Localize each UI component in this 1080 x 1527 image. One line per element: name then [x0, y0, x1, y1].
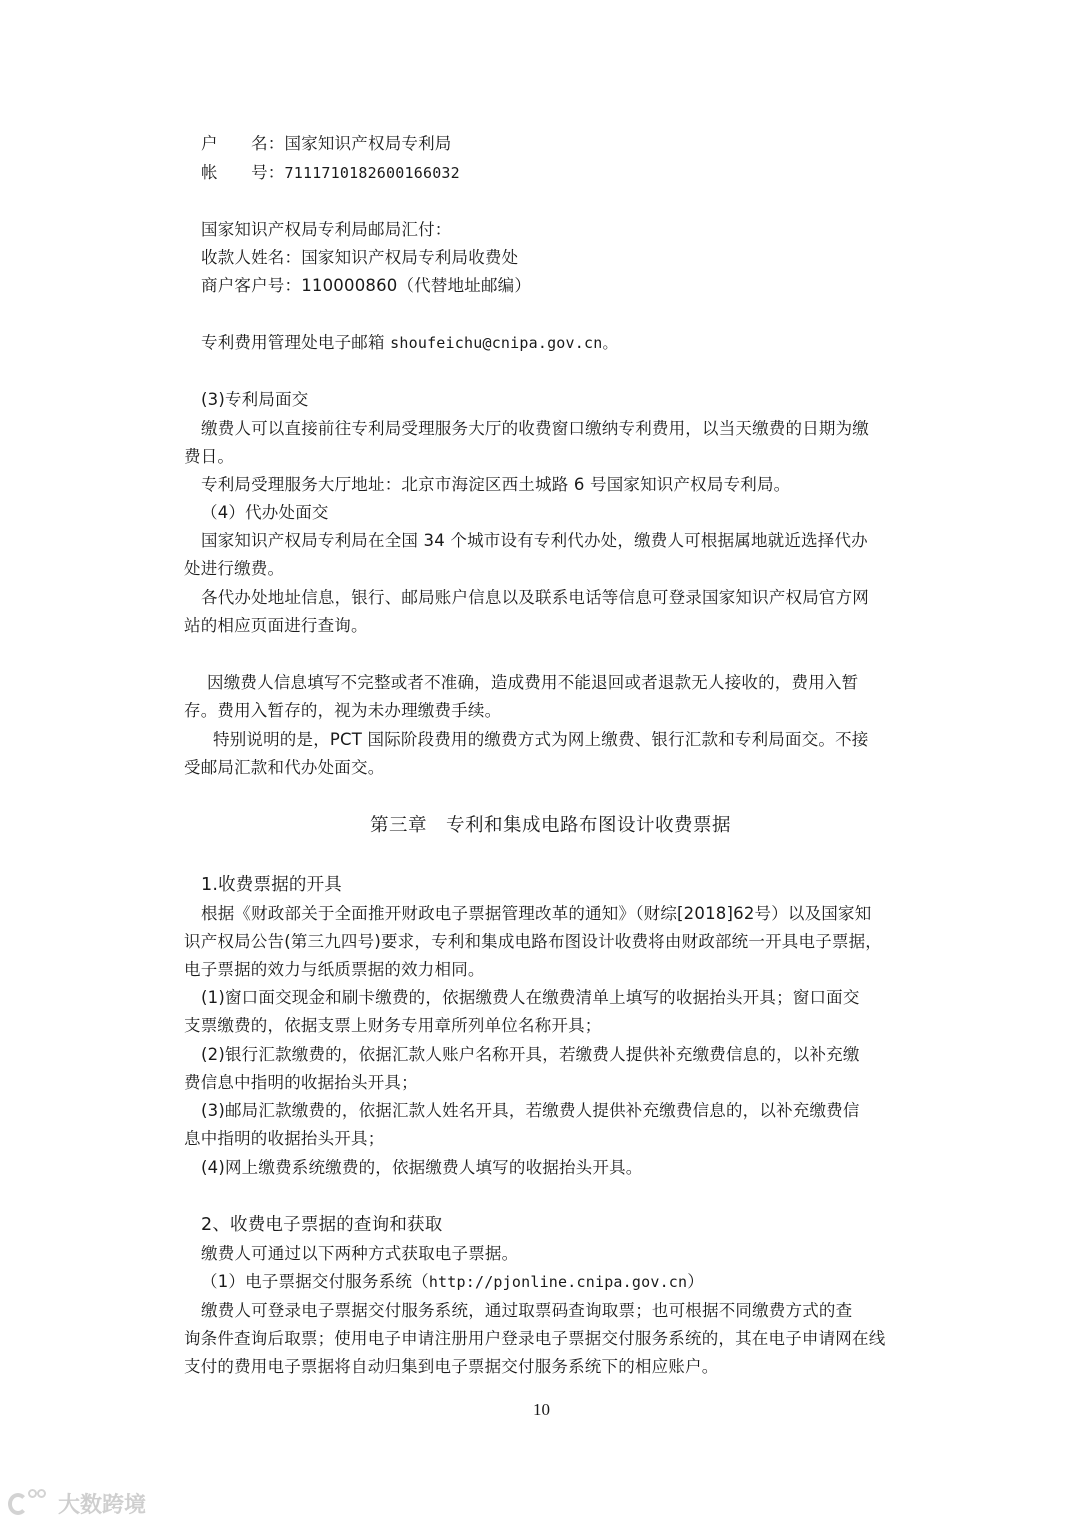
postal-payee: 收款人姓名：国家知识产权局专利局收费处: [201, 247, 518, 269]
account-no-value: 7111710182600166032: [285, 164, 460, 182]
note2: 特别说明的是，PCT 国际阶段费用的缴费方式为网上缴费、银行汇款和专利局面交。不…: [213, 729, 869, 751]
sec2-item1-label: （1）电子票据交付服务系统（: [201, 1272, 429, 1291]
page-number: 10: [533, 1400, 550, 1420]
section3-para1: 缴费人可以直接前往专利局受理服务大厅的收费窗口缴纳专利费用，以当天缴费的日期为缴: [201, 418, 869, 440]
chapter3-sec2-heading: 2、收费电子票据的查询和获取: [201, 1214, 442, 1236]
account-no-row: 帐 号：7111710182600166032: [201, 162, 460, 184]
section4-para1-cont: 处进行缴费。: [184, 558, 284, 580]
section3-heading: (3)专利局面交: [201, 389, 308, 411]
sec2-para: 缴费人可登录电子票据交付服务系统，通过取票码查询取票；也可根据不同缴费方式的查: [201, 1300, 852, 1322]
email-address: shoufeichu@cnipa.gov.cn。: [390, 334, 618, 352]
sec1-item1-cont: 支票缴费的，依据支票上财务专用章所列单位名称开具；: [184, 1015, 602, 1037]
watermark-text: 大数跨境: [58, 1488, 146, 1519]
postal-merchant: 商户客户号：110000860（代替地址邮编）: [201, 275, 531, 297]
sec2-intro: 缴费人可通过以下两种方式获取电子票据。: [201, 1243, 518, 1265]
section4-para2: 各代办处地址信息，银行、邮局账户信息以及联系电话等信息可登录国家知识产权局官方网: [201, 587, 869, 609]
section4-para2-cont: 站的相应页面进行查询。: [184, 615, 368, 637]
sec2-para-cont1: 询条件查询后取票；使用电子申请注册用户登录电子票据交付服务系统的，其在电子申请网…: [184, 1328, 885, 1350]
sec1-item3-cont: 息中指明的收据抬头开具；: [184, 1128, 384, 1150]
note2-cont: 受邮局汇款和代办处面交。: [184, 757, 384, 779]
pjonline-url: http://pjonline.cnipa.gov.cn: [429, 1273, 687, 1291]
sec1-intro: 根据《财政部关于全面推开财政电子票据管理改革的通知》（财综[2018]62号）以…: [201, 903, 871, 925]
sec1-item1: (1)窗口面交现金和刷卡缴费的，依据缴费人在缴费清单上填写的收据抬头开具；窗口面…: [201, 987, 860, 1009]
chapter-title: 第三章 专利和集成电路布图设计收费票据: [370, 815, 731, 837]
postal-title: 国家知识产权局专利局邮局汇付：: [201, 219, 452, 241]
note1: 因缴费人信息填写不完整或者不准确，造成费用不能退回或者退款无人接收的，费用入暂: [207, 672, 858, 694]
watermark-logo-icon: [8, 1489, 52, 1519]
section3-address: 专利局受理服务大厅地址：北京市海淀区西土城路 6 号国家知识产权局专利局。: [201, 474, 790, 496]
email-line: 专利费用管理处电子邮箱 shoufeichu@cnipa.gov.cn。: [201, 332, 618, 354]
sec2-item1: （1）电子票据交付服务系统（http://pjonline.cnipa.gov.…: [201, 1271, 704, 1293]
sec1-item2: (2)银行汇款缴费的，依据汇款人账户名称开具，若缴费人提供补充缴费信息的，以补充…: [201, 1044, 860, 1066]
account-name-row: 户 名：国家知识产权局专利局: [201, 133, 452, 155]
account-no-label: 帐 号：: [201, 163, 285, 182]
section4-para1: 国家知识产权局专利局在全国 34 个城市设有专利代办处，缴费人可根据属地就近选择…: [201, 530, 868, 552]
section3-para1-cont: 费日。: [184, 446, 234, 468]
section4-heading: （4）代办处面交: [201, 502, 329, 524]
sec1-item2-cont: 费信息中指明的收据抬头开具；: [184, 1072, 418, 1094]
account-name-value: 国家知识产权局专利局: [285, 134, 452, 153]
sec1-item4: (4)网上缴费系统缴费的，依据缴费人填写的收据抬头开具。: [201, 1157, 642, 1179]
sec1-intro-cont2: 电子票据的效力与纸质票据的效力相同。: [184, 959, 485, 981]
account-name-label: 户 名：: [201, 134, 285, 153]
email-label: 专利费用管理处电子邮箱: [201, 333, 390, 352]
sec1-intro-cont1: 识产权局公告(第三九四号)要求，专利和集成电路布图设计收费将由财政部统一开具电子…: [184, 931, 882, 953]
sec2-para-cont2: 支付的费用电子票据将自动归集到电子票据交付服务系统下的相应账户。: [184, 1356, 718, 1378]
chapter3-sec1-heading: 1.收费票据的开具: [201, 874, 342, 896]
sec2-item1-close: ）: [687, 1272, 704, 1291]
watermark: 大数跨境: [8, 1488, 146, 1519]
sec1-item3: (3)邮局汇款缴费的，依据汇款人姓名开具，若缴费人提供补充缴费信息的，以补充缴费…: [201, 1100, 860, 1122]
note1-cont: 存。费用入暂存的，视为未办理缴费手续。: [184, 700, 501, 722]
document-page: 户 名：国家知识产权局专利局 帐 号：7111710182600166032 国…: [0, 0, 1080, 1527]
